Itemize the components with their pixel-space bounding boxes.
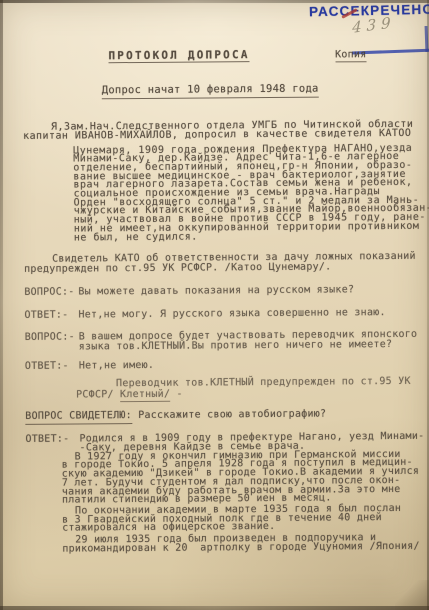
- answer-label: ОТВЕТ:-: [25, 434, 79, 453]
- signature-suffix: -: [170, 388, 183, 399]
- document-title: ПРОТОКОЛ ДОПРОСА: [108, 50, 249, 63]
- page-corner-fold: [395, 580, 429, 610]
- text-line: прикомандирован к 20 артполку в городе У…: [62, 543, 426, 555]
- question-text: Вы можете давать показания на русском яз…: [78, 285, 424, 297]
- header-row: ПРОТОКОЛ ДОПРОСА Копия: [22, 49, 422, 65]
- preamble-paragraph: Я,Зам.Нач.Следственного отдела УМГБ по Ч…: [23, 119, 423, 141]
- autobiography-paragraph-regiment: По окончании академии в марте 1935 года …: [62, 505, 426, 534]
- answer-label: ОТВЕТ:-: [25, 362, 79, 372]
- answer-label: ОТВЕТ:-: [24, 310, 78, 320]
- question-to-witness-label: ВОПРОС СВИДЕТЕЛЮ:: [25, 410, 132, 424]
- text-line: предупрежден по ст.95 УК РСФСР. /Катоо Ц…: [24, 261, 424, 274]
- question-3: ВОПРОС СВИДЕТЕЛЮ: Расскажите свою автоби…: [25, 409, 425, 422]
- autobiography-paragraph-promotion: 29 июля 1935 года был произведен в подпо…: [62, 534, 426, 554]
- text-line: Нет,не имею.: [79, 359, 425, 371]
- question-1: ВОПРОС:- Вы можете давать показания на р…: [24, 285, 424, 298]
- answer-text: Нет,не могу. Я русского языка совершенно…: [78, 307, 424, 319]
- answer-1: ОТВЕТ:- Нет,не могу. Я русского языка со…: [24, 307, 424, 320]
- interpreter-warning-line: Переводчик тов.КЛЕТНЫЙ предупрежден по с…: [116, 376, 425, 388]
- answer-text: Нет,не имею.: [79, 359, 425, 371]
- interpreter-signature: Клетный/: [120, 388, 170, 402]
- signature-prefix: РСФСР/: [76, 389, 120, 400]
- text-line: языка тов.КЛЕТНЫЙ.Вы против него ничего …: [79, 339, 425, 351]
- text-line: Нет,не могу. Я русского языка совершенно…: [78, 307, 424, 319]
- witness-details-block: Цунемаря, 1909 года рождения Префектура …: [73, 144, 424, 242]
- scanned-document-page: РАССЕКРЕЧЕНО 439 ПРОТОКОЛ ДОПРОСА Копия …: [0, 0, 429, 610]
- copy-label: Копия: [335, 50, 366, 62]
- question-2: ВОПРОС:- В вашем допросе будет участвова…: [25, 330, 425, 352]
- question-label: ВОПРОС:-: [25, 333, 79, 352]
- interrogation-date-text: Допрос начат 10 февраля 1948 года: [102, 83, 319, 99]
- question-label: ВОПРОС:-: [24, 288, 78, 298]
- false-testimony-warning: Свидетель КАТО об ответственности за дач…: [24, 252, 424, 274]
- question-text: Расскажите свою автобиографию?: [138, 409, 326, 421]
- question-text: В вашем допросе будет участвовать перево…: [79, 330, 425, 352]
- text-line: капитан ИВАНОВ-МИХАЙЛОВ, допросил в каче…: [23, 129, 423, 142]
- answer-2: ОТВЕТ:- Нет,не имею.: [25, 359, 425, 372]
- scan-edge-bottom: [0, 606, 429, 610]
- stamp-frame-right: [425, 26, 428, 52]
- text-line: Вы можете давать показания на русском яз…: [78, 285, 424, 297]
- typewritten-text: ПРОТОКОЛ ДОПРОСА Копия Допрос начат 10 ф…: [22, 49, 426, 555]
- interpreter-warning-note: Переводчик тов.КЛЕТНЫЙ предупрежден по с…: [25, 376, 425, 400]
- handwritten-page-number: 439: [352, 13, 396, 36]
- autobiography-paragraph-education: В 1927 году я окончил гимназию при Герма…: [62, 450, 426, 505]
- interpreter-signature-line: РСФСР/ Клетный/ -: [76, 387, 425, 399]
- interrogation-date-line: Допрос начат 10 февраля 1948 года: [102, 84, 423, 96]
- scan-edge-left: [0, 0, 3, 610]
